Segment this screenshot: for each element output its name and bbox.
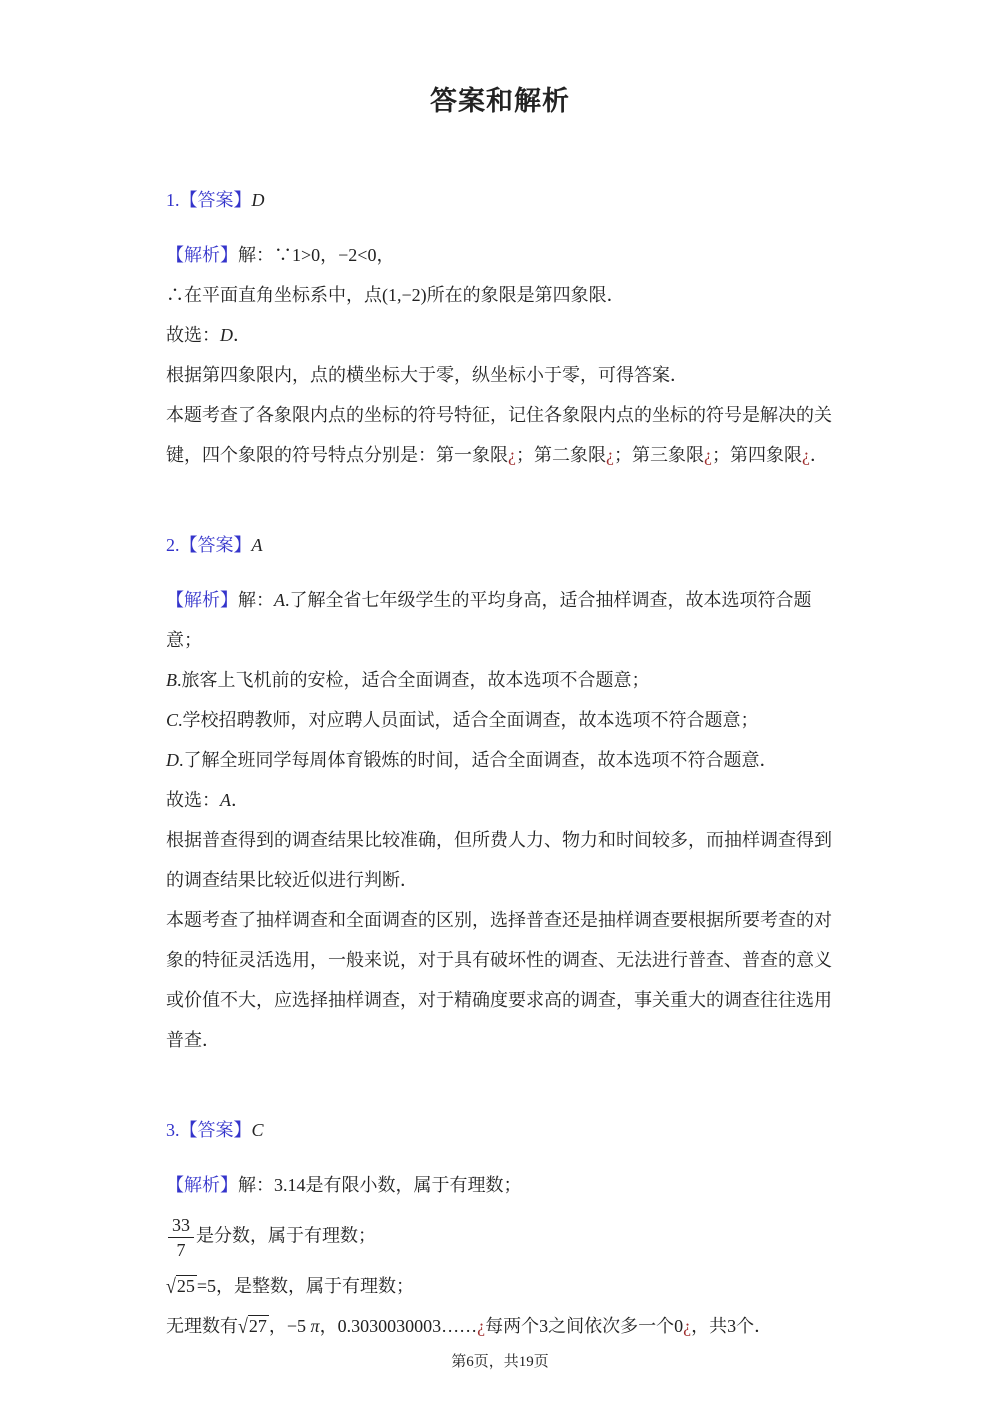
body-text: ；第二象限 (516, 445, 606, 465)
body-text: ；第四象限 (712, 445, 802, 465)
body-text: ；第三象限 (614, 445, 704, 465)
body-text: .旅客上飞机前的安检，适合全面调查，故本选项不合题意； (177, 670, 650, 690)
analysis-paragraph: C.学校招聘教师，对应聘人员面试，适合全面调查，故本选项不符合题意； (166, 700, 846, 740)
math-placeholder: ¿ (704, 445, 712, 465)
radicand: 27 (248, 1315, 269, 1336)
math-placeholder: ¿ (683, 1316, 691, 1336)
math-letter: D (220, 325, 233, 345)
analysis-paragraph: 337是分数，属于有理数； (166, 1213, 846, 1262)
page-title: 答案和解析 (0, 84, 1000, 118)
answer-section-question-2: 2.【答案】A【解析】解：A.了解全省七年级学生的平均身高，适合抽样调查，故本选… (166, 525, 846, 1060)
analysis-paragraph: 【解析】解：∵1>0，−2<0， (166, 235, 846, 275)
page-footer: 第6页，共19页 (0, 1352, 1000, 1372)
math-placeholder: ¿ (477, 1316, 485, 1336)
math-placeholder: ¿ (802, 445, 810, 465)
label-text: 3. (166, 1120, 180, 1140)
body-text: 解：3.14是有限小数，属于有理数； (238, 1175, 522, 1195)
radicand: 25 (176, 1275, 197, 1296)
label-text: 【解析】 (166, 590, 238, 610)
answer-section-question-3: 3.【答案】C【解析】解：3.14是有限小数，属于有理数；337是分数，属于有理… (166, 1110, 846, 1346)
body-text: ． (231, 790, 249, 810)
math-placeholder: ¿ (606, 445, 614, 465)
body-text: 是分数，属于有理数； (196, 1226, 376, 1246)
radical-sign: √ (166, 1263, 176, 1309)
label-text: 2. (166, 535, 180, 555)
radical-sign: √ (238, 1303, 248, 1349)
body-text: ． (810, 445, 828, 465)
body-text: 根据普查得到的调查结果比较准确，但所费人力、物力和时间较多，而抽样调查得到的调查… (166, 830, 832, 890)
math-letter: π (311, 1316, 320, 1336)
analysis-paragraph: B.旅客上飞机前的安检，适合全面调查，故本选项不合题意； (166, 660, 846, 700)
analysis-paragraph: D.了解全班同学每周体育锻炼的时间，适合全面调查，故本选项不符合题意． (166, 740, 846, 780)
body-text: 每两个3之间依次多一个0 (485, 1316, 683, 1336)
math-letter: A (274, 590, 285, 610)
math-letter: C (166, 710, 178, 730)
math-letter: D (166, 750, 179, 770)
body-text: ，共3个． (691, 1316, 772, 1336)
body-text: ，0.3030030003…… (320, 1316, 478, 1336)
body-text: 解：∵1>0，−2<0， (238, 245, 394, 265)
label-text: 1. (166, 190, 180, 210)
analysis-paragraph: √25=5，是整数，属于有理数； (166, 1266, 846, 1306)
body-text: 无理数有 (166, 1316, 238, 1336)
fraction: 337 (168, 1213, 194, 1262)
answer-section-question-1: 1.【答案】D【解析】解：∵1>0，−2<0，∴在平面直角坐标系中，点(1,−2… (166, 180, 846, 475)
body-text: ． (233, 325, 251, 345)
fraction-numerator: 33 (168, 1213, 194, 1238)
math-letter: A (220, 790, 231, 810)
sqrt-expression: √27 (238, 1316, 269, 1336)
answer-heading: 1.【答案】D (166, 180, 846, 220)
analysis-paragraph: 故选：A． (166, 780, 846, 820)
analysis-paragraph: 无理数有√27，−5 π，0.3030030003……¿每两个3之间依次多一个0… (166, 1306, 846, 1346)
answer-heading: 3.【答案】C (166, 1110, 846, 1150)
document-page: { "page": { "title": "答案和解析", "footer": … (0, 0, 1000, 1415)
body-text: =5，是整数，属于有理数； (197, 1276, 414, 1296)
body-text: 本题考查了抽样调查和全面调查的区别，选择普查还是抽样调查要根据所要考查的对象的特… (166, 910, 832, 1050)
label-text: 【答案】 (180, 190, 252, 210)
answer-heading: 2.【答案】A (166, 525, 846, 565)
body-text: 解： (238, 590, 274, 610)
body-text: .学校招聘教师，对应聘人员面试，适合全面调查，故本选项不符合题意； (178, 710, 759, 730)
analysis-paragraph: 【解析】解：3.14是有限小数，属于有理数； (166, 1165, 846, 1205)
sqrt-expression: √25 (166, 1276, 197, 1296)
analysis-paragraph: 故选：D． (166, 315, 846, 355)
answers-content: 1.【答案】D【解析】解：∵1>0，−2<0，∴在平面直角坐标系中，点(1,−2… (166, 180, 846, 1346)
label-text: 【解析】 (166, 1175, 238, 1195)
body-text: .了解全班同学每周体育锻炼的时间，适合全面调查，故本选项不符合题意． (179, 750, 778, 770)
analysis-paragraph: ∴在平面直角坐标系中，点(1,−2)所在的象限是第四象限． (166, 275, 846, 315)
math-letter: C (252, 1120, 264, 1140)
label-text: 【答案】 (180, 1120, 252, 1140)
body-text: ，−5 (269, 1316, 311, 1336)
analysis-paragraph: 本题考查了抽样调查和全面调查的区别，选择普查还是抽样调查要根据所要考查的对象的特… (166, 900, 846, 1060)
analysis-paragraph: 根据普查得到的调查结果比较准确，但所费人力、物力和时间较多，而抽样调查得到的调查… (166, 820, 846, 900)
body-text: 故选： (166, 325, 220, 345)
analysis-paragraph: 【解析】解：A.了解全省七年级学生的平均身高，适合抽样调查，故本选项符合题意； (166, 580, 846, 660)
body-text: 根据第四象限内，点的横坐标大于零，纵坐标小于零，可得答案． (166, 365, 688, 385)
fraction-denominator: 7 (168, 1238, 194, 1262)
math-letter: D (252, 190, 265, 210)
body-text: ∴在平面直角坐标系中，点(1,−2)所在的象限是第四象限． (166, 285, 625, 305)
label-text: 【答案】 (180, 535, 252, 555)
math-letter: B (166, 670, 177, 690)
analysis-paragraph: 本题考查了各象限内点的坐标的符号特征，记住各象限内点的坐标的符号是解决的关键，四… (166, 395, 846, 475)
analysis-paragraph: 根据第四象限内，点的横坐标大于零，纵坐标小于零，可得答案． (166, 355, 846, 395)
math-letter: A (252, 535, 263, 555)
label-text: 【解析】 (166, 245, 238, 265)
math-placeholder: ¿ (508, 445, 516, 465)
body-text: 故选： (166, 790, 220, 810)
